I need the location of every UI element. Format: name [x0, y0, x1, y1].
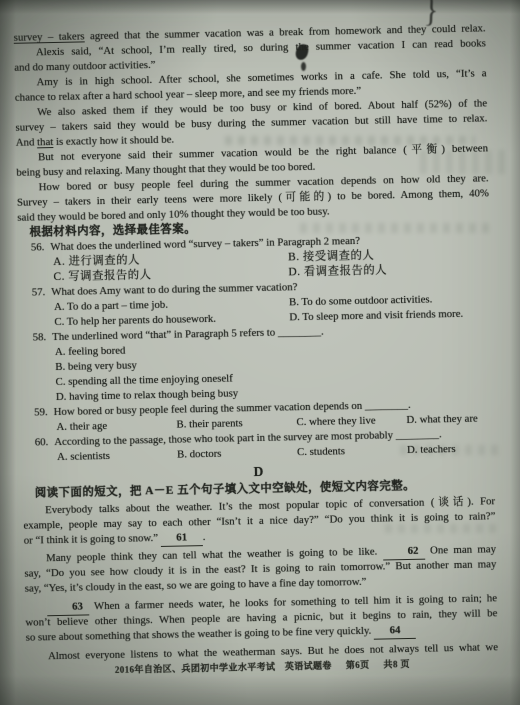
- option-60-c: C. students: [297, 443, 407, 460]
- footer-exam-title: 2016年自治区、兵团初中学业水平考试 英语试题卷: [115, 661, 332, 675]
- passage-text: And: [16, 136, 38, 148]
- blank-61: 61: [161, 530, 203, 547]
- passage-text: .: [203, 531, 206, 543]
- underlined-word-that: that: [37, 136, 53, 148]
- passage-text: or “I think it is going to snow.”: [24, 532, 161, 547]
- option-60-a: A. scientists: [57, 448, 177, 465]
- question-number: 57.: [32, 285, 46, 300]
- question-number: 56.: [31, 240, 45, 255]
- option-56-d: D. 看调查报告的人: [288, 263, 387, 280]
- passage-text: One man may: [425, 543, 497, 556]
- passage-text: is exactly how it should be.: [53, 134, 174, 148]
- question-number: 59.: [34, 405, 48, 420]
- option-59-d: D. what they are: [406, 412, 478, 428]
- option-60-b: B. doctors: [177, 445, 297, 462]
- footer-page-number: 第6页: [346, 660, 370, 670]
- scanned-exam-page: } survey – takers agreed that the summer…: [0, 0, 520, 705]
- footer-page-total: 共8 页: [383, 659, 410, 670]
- option-56-b: B. 接受调查的人: [288, 249, 374, 266]
- blank-64: 64: [374, 623, 416, 640]
- question-number: 60.: [35, 435, 49, 450]
- question-number: 58.: [33, 330, 47, 345]
- underlined-word-survey-takers: survey – takers: [14, 30, 85, 43]
- option-60-d: D. teachers: [407, 442, 456, 458]
- page-content: survey – takers agreed that the summer v…: [14, 21, 499, 679]
